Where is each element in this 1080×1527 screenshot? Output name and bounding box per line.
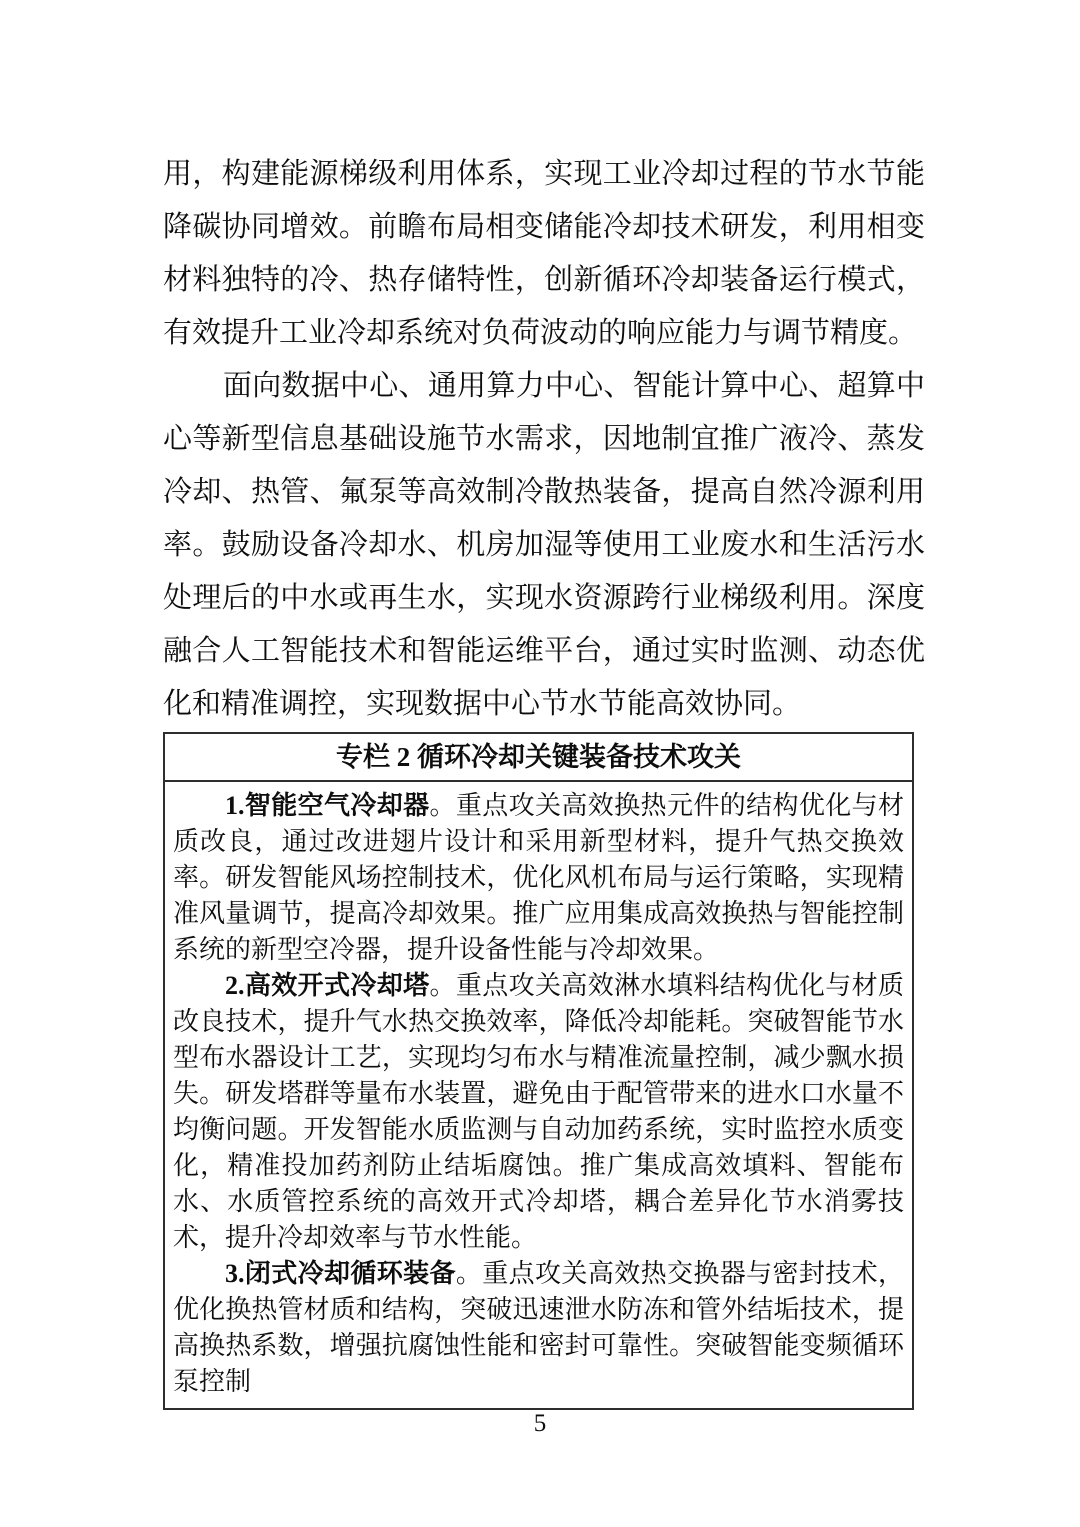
- box-item-2-text: 。重点攻关高效淋水填料结构优化与材质改良技术，提升气水热交换效率，降低冷却能耗。…: [173, 971, 904, 1252]
- document-page: 用，构建能源梯级利用体系，实现工业冷却过程的节水节能降碳协同增效。前瞻布局相变储…: [0, 0, 1080, 1527]
- column-box-title: 专栏 2 循环冷却关键装备技术攻关: [165, 734, 912, 782]
- box-item-1-lead: 1.智能空气冷却器: [225, 791, 430, 820]
- box-item-3-lead: 3.闭式冷却循环装备: [225, 1259, 456, 1288]
- column-box: 专栏 2 循环冷却关键装备技术攻关 1.智能空气冷却器。重点攻关高效换热元件的结…: [163, 732, 914, 1410]
- box-item-2: 2.高效开式冷却塔。重点攻关高效淋水填料结构优化与材质改良技术，提升气水热交换效…: [173, 968, 904, 1256]
- box-item-1: 1.智能空气冷却器。重点攻关高效换热元件的结构优化与材质改良，通过改进翅片设计和…: [173, 788, 904, 968]
- page-number: 5: [0, 1410, 1080, 1438]
- box-item-3: 3.闭式冷却循环装备。重点攻关高效热交换器与密封技术，优化换热管材质和结构，突破…: [173, 1256, 904, 1400]
- body-paragraph-1: 用，构建能源梯级利用体系，实现工业冷却过程的节水节能降碳协同增效。前瞻布局相变储…: [163, 148, 925, 360]
- column-box-body: 1.智能空气冷却器。重点攻关高效换热元件的结构优化与材质改良，通过改进翅片设计和…: [165, 782, 912, 1408]
- box-item-2-lead: 2.高效开式冷却塔: [225, 971, 430, 1000]
- page-content: 用，构建能源梯级利用体系，实现工业冷却过程的节水节能降碳协同增效。前瞻布局相变储…: [163, 148, 925, 1410]
- body-paragraph-2: 面向数据中心、通用算力中心、智能计算中心、超算中心等新型信息基础设施节水需求，因…: [163, 360, 925, 731]
